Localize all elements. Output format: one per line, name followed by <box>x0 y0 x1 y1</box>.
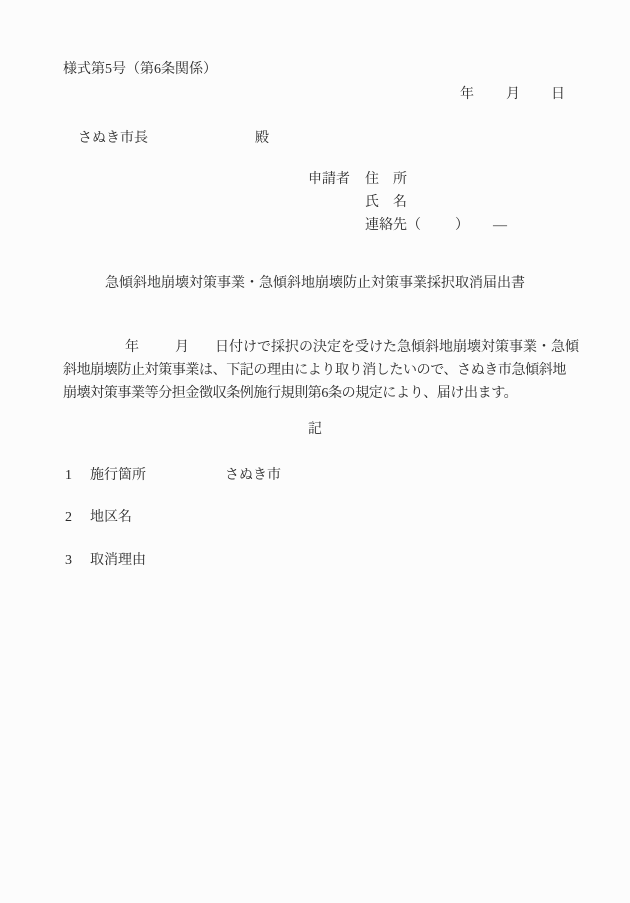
applicant-name-label: 氏 名 <box>365 196 407 210</box>
document-page: 様式第5号（第6条関係） 年 月 日 さぬき市長 殿 申請者 住 所 氏 名 連… <box>0 0 630 903</box>
date-month-label: 月 <box>506 88 520 102</box>
body-paragraph-line-2: 斜地崩壊防止対策事業は、下記の理由により取り消したいので、さぬき市急傾斜地 <box>63 364 573 380</box>
item-number: 2 <box>65 511 72 525</box>
item-label: 取消理由 <box>90 554 146 568</box>
applicant-label: 申請者 <box>308 173 350 187</box>
item-value: さぬき市 <box>225 469 281 483</box>
applicant-contact-line: 連絡先（ ） — <box>0 219 630 233</box>
addressee-line: さぬき市長 殿 <box>0 132 630 146</box>
contact-label: 連絡先（ <box>365 219 421 233</box>
item-number: 1 <box>65 469 72 483</box>
body-paragraph-line-3: 崩壊対策事業等分担金徴収条例施行規則第6条の規定により、届け出ます。 <box>63 387 573 403</box>
list-item-cancellation-reason: 3 取消理由 <box>0 554 630 570</box>
contact-paren-close: ） <box>455 219 469 233</box>
date-day-label: 日 <box>551 88 565 102</box>
item-label: 地区名 <box>90 511 132 525</box>
addressee-honorific: 殿 <box>255 132 269 146</box>
date-line: 年 月 日 <box>0 88 630 102</box>
contact-dash: — <box>493 219 507 233</box>
record-heading: 記 <box>0 423 630 437</box>
date-year-label: 年 <box>460 88 474 102</box>
body-month-label: 月 <box>175 341 189 355</box>
item-number: 3 <box>65 554 72 568</box>
addressee-name: さぬき市長 <box>78 132 148 146</box>
document-title: 急傾斜地崩壊対策事業・急傾斜地崩壊防止対策事業採択取消届出書 <box>0 277 630 291</box>
form-number: 様式第5号（第6条関係） <box>63 63 217 77</box>
applicant-address-label: 住 所 <box>365 173 407 187</box>
item-label: 施行箇所 <box>90 469 146 483</box>
body-year-label: 年 <box>125 341 139 355</box>
list-item-construction-site: 1 施行箇所 さぬき市 <box>0 469 630 485</box>
body-paragraph-line-1: 年 月 日付けで採択の決定を受けた急傾斜地崩壊対策事業・急傾 <box>63 341 573 357</box>
body-line1-text: 日付けで採択の決定を受けた急傾斜地崩壊対策事業・急傾 <box>215 341 579 355</box>
applicant-address-line: 申請者 住 所 <box>0 173 630 187</box>
list-item-district-name: 2 地区名 <box>0 511 630 527</box>
